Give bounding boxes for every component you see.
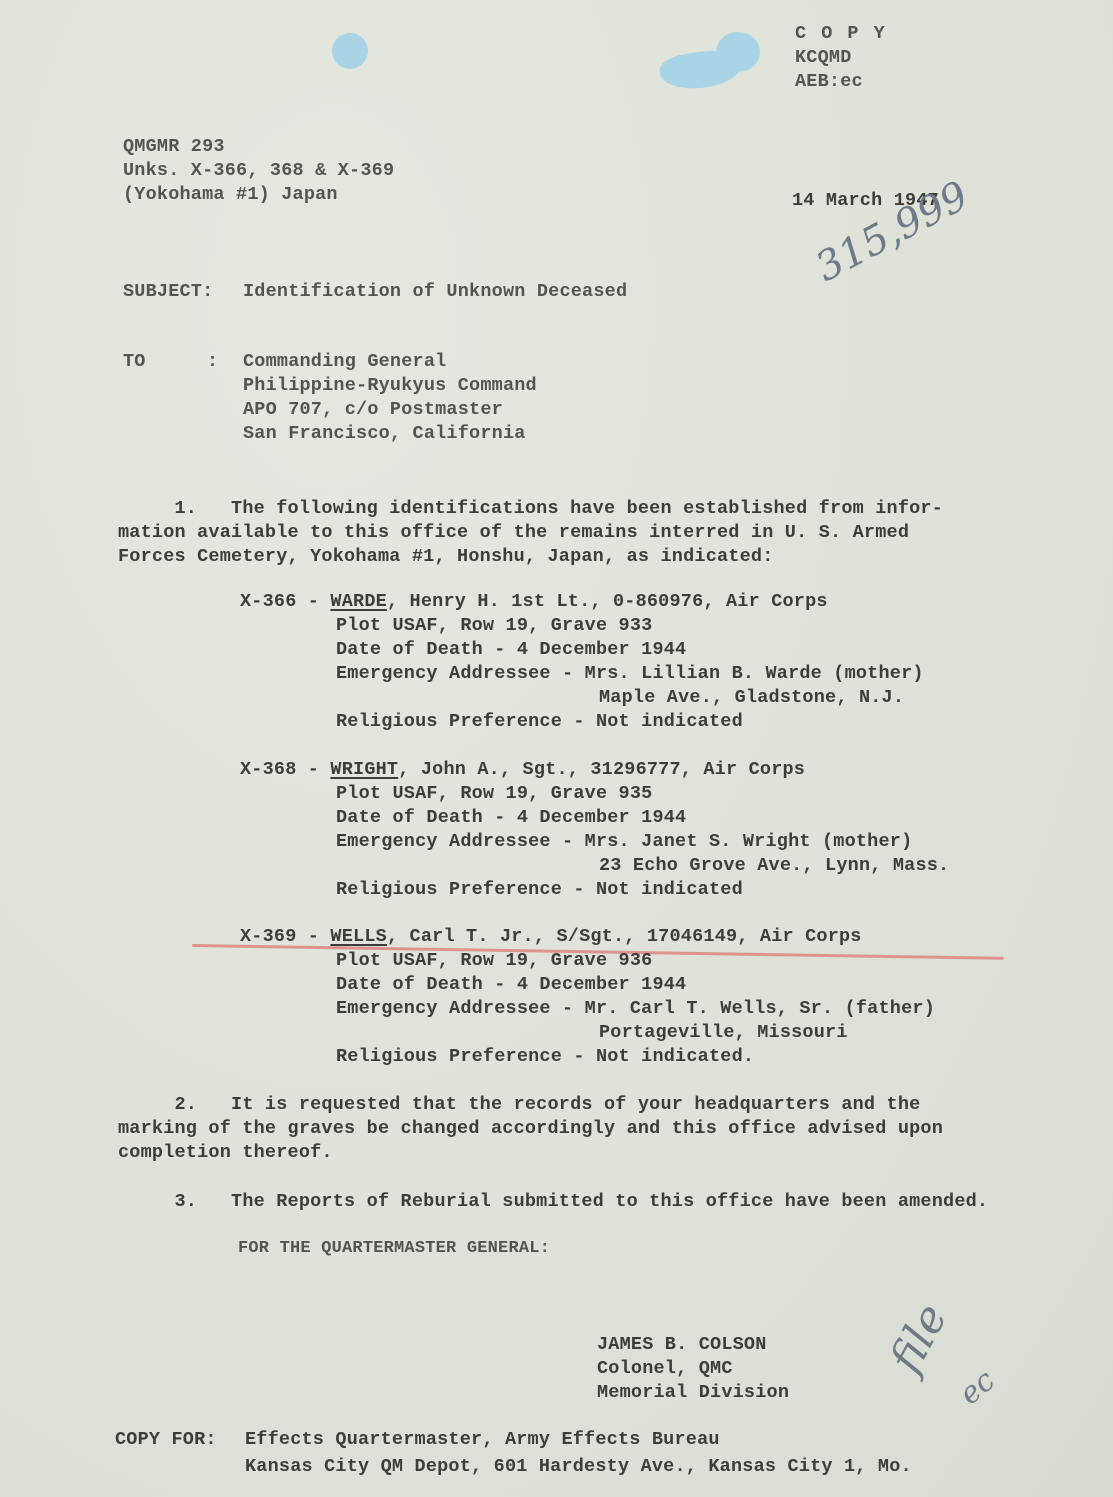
paragraph-3: 3. The Reports of Reburial submitted to … [118,1190,988,1214]
copy-for-line: Effects Quartermaster, Army Effects Bure… [245,1428,720,1452]
signatory-rank: Colonel, QMC [597,1357,733,1381]
handwritten-file-note: file [880,1296,958,1381]
identity-details: , Henry H. 1st Lt., 0-860976, Air Corps [387,591,828,612]
plot-line: Plot USAF, Row 19, Grave 933 [336,614,652,638]
death-date-line: Date of Death - 4 December 1944 [336,806,686,830]
blue-stain-left [332,33,368,69]
to-line: San Francisco, California [243,422,526,446]
unknown-number: X-368 - [240,759,330,780]
surname: WRIGHT [330,759,398,780]
identification-header: X-368 - WRIGHT, John A., Sgt., 31296777,… [240,758,805,782]
office-code: KCQMD [795,46,852,70]
paragraph-2-line: marking of the graves be changed accordi… [118,1117,943,1141]
identity-details: , John A., Sgt., 31296777, Air Corps [398,759,805,780]
plot-line: Plot USAF, Row 19, Grave 936 [336,949,652,973]
paragraph-2-line: completion thereof. [118,1141,333,1165]
address-line: Portageville, Missouri [599,1021,848,1045]
address-line: 23 Echo Grove Ave., Lynn, Mass. [599,854,949,878]
blue-stain-right-tail [658,47,742,94]
death-date-line: Date of Death - 4 December 1944 [336,973,686,997]
address-line: Maple Ave., Gladstone, N.J. [599,686,904,710]
copy-for-line: Kansas City QM Depot, 601 Hardesty Ave.,… [245,1455,912,1479]
addressee-line: Emergency Addressee - Mr. Carl T. Wells,… [336,997,935,1021]
unknown-number: X-369 - [240,926,330,947]
surname: WARDE [330,591,387,612]
subject-label: SUBJECT: [123,280,213,304]
to-label: TO [123,350,146,374]
for-quartermaster-general: FOR THE QUARTERMASTER GENERAL: [238,1237,550,1261]
paragraph-1-line: mation available to this office of the r… [118,521,909,545]
religion-line: Religious Preference - Not indicated. [336,1045,754,1069]
to-line: Commanding General [243,350,446,374]
plot-line: Plot USAF, Row 19, Grave 935 [336,782,652,806]
unknown-number: X-366 - [240,591,330,612]
to-colon: : [207,350,218,374]
to-line: Philippine-Ryukyus Command [243,374,537,398]
location-reference: (Yokohama #1) Japan [123,183,338,207]
to-line: APO 707, c/o Postmaster [243,398,503,422]
handwritten-initials: ec [953,1363,1002,1412]
signatory-division: Memorial Division [597,1381,789,1405]
unknowns-reference: Unks. X-366, 368 & X-369 [123,159,394,183]
paragraph-1-line: Forces Cemetery, Yokohama #1, Honshu, Ja… [118,545,774,569]
file-reference: QMGMR 293 [123,135,225,159]
identity-details: , Carl T. Jr., S/Sgt., 17046149, Air Cor… [387,926,862,947]
surname: WELLS [330,926,387,947]
paragraph-1-line: 1. The following identifications have be… [118,497,943,521]
death-date-line: Date of Death - 4 December 1944 [336,638,686,662]
signatory-name: JAMES B. COLSON [597,1333,767,1357]
typist-initials: AEB:ec [795,70,863,94]
copy-for-label: COPY FOR: [115,1428,217,1452]
addressee-line: Emergency Addressee - Mrs. Lillian B. Wa… [336,662,924,686]
paragraph-2-line: 2. It is requested that the records of y… [118,1093,920,1117]
religion-line: Religious Preference - Not indicated [336,878,743,902]
copy-stamp: C O P Y [795,22,887,46]
identification-header: X-366 - WARDE, Henry H. 1st Lt., 0-86097… [240,590,828,614]
addressee-line: Emergency Addressee - Mrs. Janet S. Wrig… [336,830,912,854]
subject-text: Identification of Unknown Deceased [243,280,627,304]
religion-line: Religious Preference - Not indicated [336,710,743,734]
